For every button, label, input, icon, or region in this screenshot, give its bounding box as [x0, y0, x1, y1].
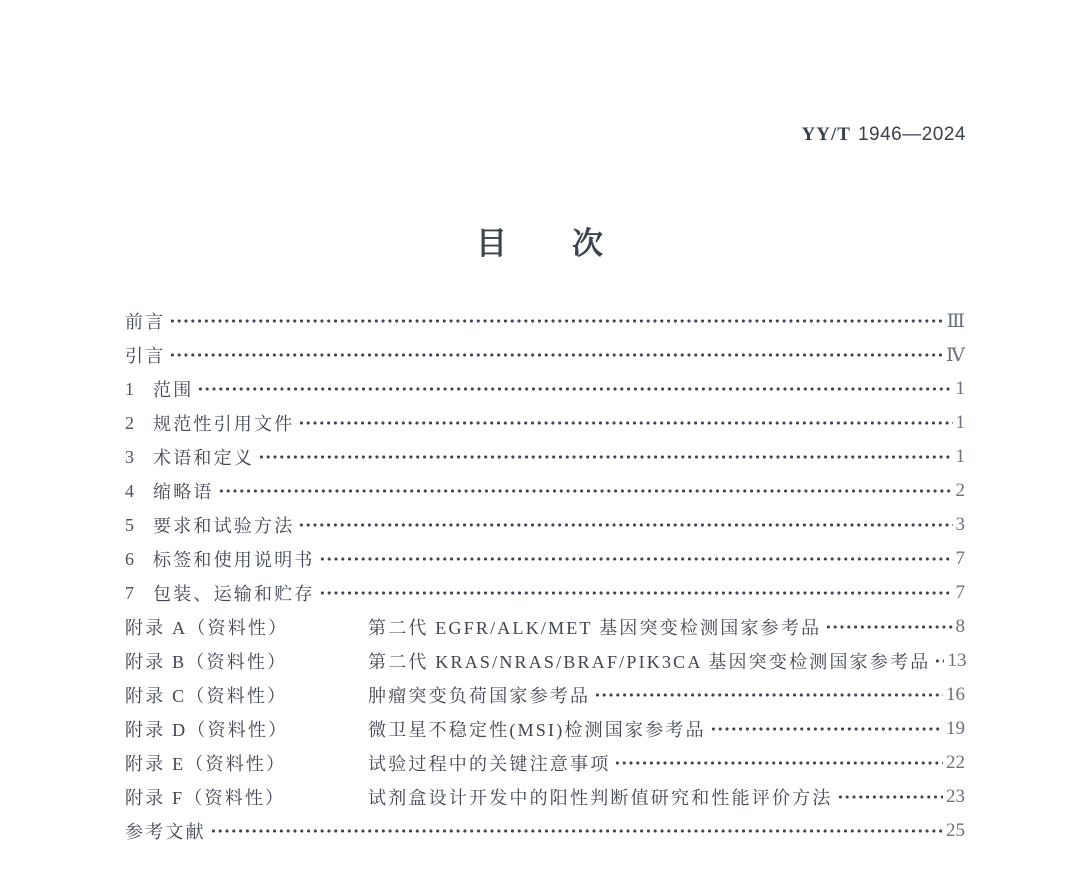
standard-code-number: 1946—2024: [858, 124, 966, 145]
toc-entry-annex-label: 附录 C（资料性）: [125, 682, 368, 708]
dot-leader: [169, 348, 943, 362]
toc-entry-clause-3: 3 术语和定义 1: [125, 440, 965, 474]
dot-leader: [825, 620, 952, 634]
toc-entry-number: 4: [125, 481, 153, 502]
toc-entry-annex-d: 附录 D（资料性） 微卫星不稳定性(MSI)检测国家参考品 19: [125, 712, 965, 746]
toc-entry-title: 微卫星不稳定性(MSI)检测国家参考品: [368, 716, 706, 742]
toc-entry-title: 参考文献: [125, 818, 206, 844]
toc-entry-title: 第二代 EGFR/ALK/MET 基因突变检测国家参考品: [368, 614, 821, 640]
table-of-contents: 前言 Ⅲ 引言 Ⅳ 1 范围 1 2 规范性引用文件 1 3 术语和定义 1: [125, 304, 965, 848]
document-page: YY/T1946—2024 目 次 前言 Ⅲ 引言 Ⅳ 1 范围 1 2 规范性…: [0, 0, 1080, 886]
toc-entry-clause-7: 7 包装、运输和贮存 7: [125, 576, 965, 610]
toc-entry-annex-label: 附录 D（资料性）: [125, 716, 368, 742]
toc-entry-number: 2: [125, 413, 153, 434]
toc-entry-page: 25: [946, 820, 965, 842]
toc-entry-clause-5: 5 要求和试验方法 3: [125, 508, 965, 542]
toc-entry-title: 范围: [153, 376, 193, 402]
dot-leader: [210, 824, 943, 838]
toc-entry-number: 5: [125, 515, 153, 536]
toc-entry-number: 1: [125, 379, 153, 400]
toc-entry-page: 7: [956, 582, 966, 604]
toc-entry-title: 规范性引用文件: [153, 410, 294, 436]
toc-entry-annex-label: 附录 F（资料性）: [125, 784, 368, 810]
toc-entry-title: 标签和使用说明书: [153, 546, 315, 572]
dot-leader: [298, 416, 952, 430]
dot-leader: [218, 484, 953, 498]
dot-leader: [837, 790, 943, 804]
toc-entry-page: 22: [946, 752, 965, 774]
toc-entry-title: 引言: [125, 342, 165, 368]
toc-entry-annex-label: 附录 B（资料性）: [125, 648, 368, 674]
toc-entry-page: 16: [946, 684, 965, 706]
toc-entry-title: 缩略语: [153, 478, 214, 504]
standard-code-prefix: YY/T: [802, 124, 851, 145]
dot-leader: [594, 688, 943, 702]
toc-entry-title: 术语和定义: [153, 444, 254, 470]
toc-entry-number: 7: [125, 583, 153, 604]
toc-entry-annex-a: 附录 A（资料性） 第二代 EGFR/ALK/MET 基因突变检测国家参考品 8: [125, 610, 965, 644]
dot-leader: [298, 518, 952, 532]
toc-entry-title: 肿瘤突变负荷国家参考品: [368, 682, 590, 708]
dot-leader: [934, 654, 944, 668]
toc-entry-clause-2: 2 规范性引用文件 1: [125, 406, 965, 440]
toc-entry-introduction: 引言 Ⅳ: [125, 338, 965, 372]
standard-code: YY/T1946—2024: [802, 124, 966, 146]
dot-leader: [319, 586, 953, 600]
toc-entry-clause-4: 4 缩略语 2: [125, 474, 965, 508]
toc-entry-annex-e: 附录 E（资料性） 试验过程中的关键注意事项 22: [125, 746, 965, 780]
toc-entry-references: 参考文献 25: [125, 814, 965, 848]
toc-entry-page: 1: [956, 446, 966, 468]
toc-entry-page: 8: [956, 616, 966, 638]
dot-leader: [319, 552, 953, 566]
toc-entry-title: 试剂盒设计开发中的阳性判断值研究和性能评价方法: [368, 784, 833, 810]
dot-leader: [169, 314, 943, 328]
dot-leader: [197, 382, 952, 396]
toc-entry-page: 3: [956, 514, 966, 536]
toc-entry-page: 13: [947, 650, 966, 672]
toc-entry-title: 包装、运输和贮存: [153, 580, 315, 606]
toc-entry-title: 前言: [125, 308, 165, 334]
toc-entry-page: 2: [956, 480, 966, 502]
toc-entry-page: 1: [956, 412, 966, 434]
toc-entry-title: 第二代 KRAS/NRAS/BRAF/PIK3CA 基因突变检测国家参考品: [368, 648, 930, 674]
toc-entry-page: Ⅲ: [947, 310, 965, 333]
page-title: 目 次: [0, 218, 1080, 263]
toc-entry-annex-b: 附录 B（资料性） 第二代 KRAS/NRAS/BRAF/PIK3CA 基因突变…: [125, 644, 965, 678]
toc-entry-page: 1: [956, 378, 966, 400]
toc-entry-annex-label: 附录 A（资料性）: [125, 614, 368, 640]
dot-leader: [258, 450, 953, 464]
toc-entry-annex-c: 附录 C（资料性） 肿瘤突变负荷国家参考品 16: [125, 678, 965, 712]
toc-entry-page: Ⅳ: [946, 344, 965, 367]
toc-entry-annex-label: 附录 E（资料性）: [125, 750, 368, 776]
toc-entry-page: 19: [946, 718, 965, 740]
dot-leader: [614, 756, 943, 770]
toc-entry-number: 3: [125, 447, 153, 468]
toc-entry-page: 7: [956, 548, 966, 570]
toc-entry-number: 6: [125, 549, 153, 570]
toc-entry-title: 试验过程中的关键注意事项: [368, 750, 610, 776]
toc-entry-title: 要求和试验方法: [153, 512, 294, 538]
toc-entry-annex-f: 附录 F（资料性） 试剂盒设计开发中的阳性判断值研究和性能评价方法 23: [125, 780, 965, 814]
toc-entry-foreword: 前言 Ⅲ: [125, 304, 965, 338]
dot-leader: [710, 722, 943, 736]
toc-entry-clause-1: 1 范围 1: [125, 372, 965, 406]
toc-entry-page: 23: [946, 786, 965, 808]
toc-entry-clause-6: 6 标签和使用说明书 7: [125, 542, 965, 576]
